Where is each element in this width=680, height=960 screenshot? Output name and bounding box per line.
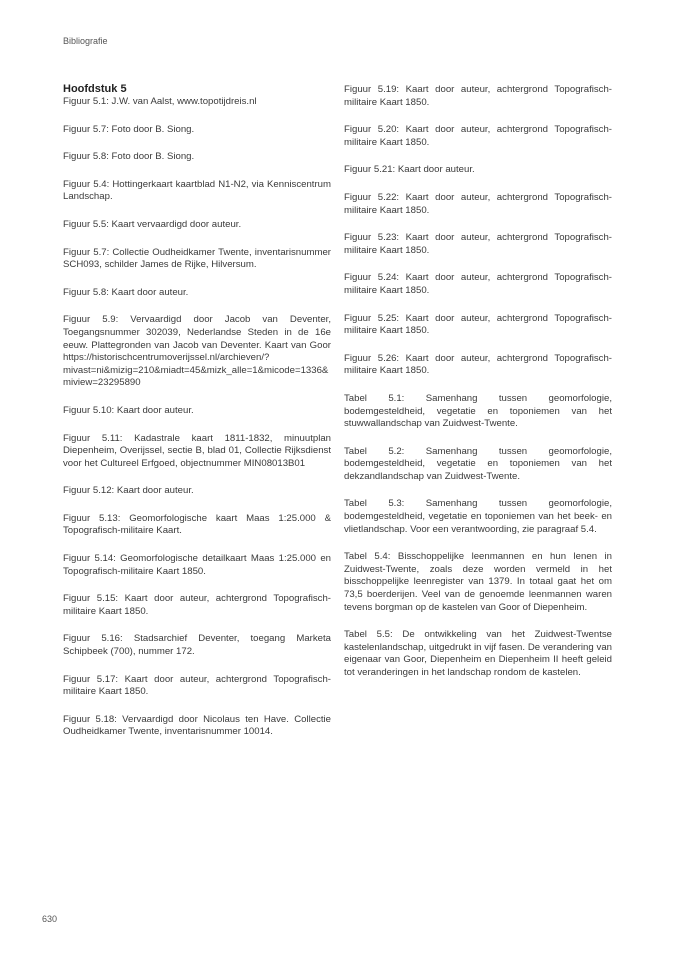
list-item: Figuur 5.4: Hottingerkaart kaartblad N1-… (63, 179, 331, 204)
list-item: Figuur 5.8: Foto door B. Siong. (63, 151, 331, 164)
list-item: Figuur 5.16: Stadsarchief Deventer, toeg… (63, 633, 331, 658)
list-item: Figuur 5.19: Kaart door auteur, achtergr… (344, 84, 612, 109)
page-number: 630 (42, 914, 57, 924)
right-column: Figuur 5.19: Kaart door auteur, achtergr… (344, 84, 612, 695)
list-item: Figuur 5.24: Kaart door auteur, achtergr… (344, 272, 612, 297)
list-item: Figuur 5.7: Collectie Oudheidkamer Twent… (63, 247, 331, 272)
list-item: Tabel 5.3: Samenhang tussen geomorfologi… (344, 498, 612, 536)
list-item: Figuur 5.7: Foto door B. Siong. (63, 124, 331, 137)
list-item: Tabel 5.1: Samenhang tussen geomorfologi… (344, 393, 612, 431)
list-item: Figuur 5.13: Geomorfologische kaart Maas… (63, 513, 331, 538)
list-item: Figuur 5.10: Kaart door auteur. (63, 405, 331, 418)
list-item: Tabel 5.2: Samenhang tussen geomorfologi… (344, 446, 612, 484)
list-item: Figuur 5.21: Kaart door auteur. (344, 164, 612, 177)
left-column: Hoofdstuk 5 Figuur 5.1: J.W. van Aalst, … (63, 83, 331, 754)
list-item: Figuur 5.17: Kaart door auteur, achtergr… (63, 674, 331, 699)
list-item: Figuur 5.22: Kaart door auteur, achtergr… (344, 192, 612, 217)
list-item: Figuur 5.23: Kaart door auteur, achtergr… (344, 232, 612, 257)
list-item: Figuur 5.25: Kaart door auteur, achtergr… (344, 313, 612, 338)
list-item: Figuur 5.26: Kaart door auteur, achtergr… (344, 353, 612, 378)
list-item: Tabel 5.5: De ontwikkeling van het Zuidw… (344, 629, 612, 679)
list-item: Figuur 5.20: Kaart door auteur, achtergr… (344, 124, 612, 149)
list-item: Figuur 5.12: Kaart door auteur. (63, 485, 331, 498)
running-head: Bibliografie (63, 36, 108, 46)
list-item: Figuur 5.18: Vervaardigd door Nicolaus t… (63, 714, 331, 739)
chapter-heading: Hoofdstuk 5 (63, 83, 331, 96)
list-item: Figuur 5.5: Kaart vervaardigd door auteu… (63, 219, 331, 232)
list-item: Figuur 5.9: Vervaardigd door Jacob van D… (63, 314, 331, 390)
list-item: Figuur 5.1: J.W. van Aalst, www.topotijd… (63, 96, 331, 109)
list-item: Figuur 5.11: Kadastrale kaart 1811-1832,… (63, 433, 331, 471)
list-item: Figuur 5.15: Kaart door auteur, achtergr… (63, 593, 331, 618)
list-item: Tabel 5.4: Bisschoppelijke leenmannen en… (344, 551, 612, 614)
list-item: Figuur 5.8: Kaart door auteur. (63, 287, 331, 300)
list-item: Figuur 5.14: Geomorfologische detailkaar… (63, 553, 331, 578)
